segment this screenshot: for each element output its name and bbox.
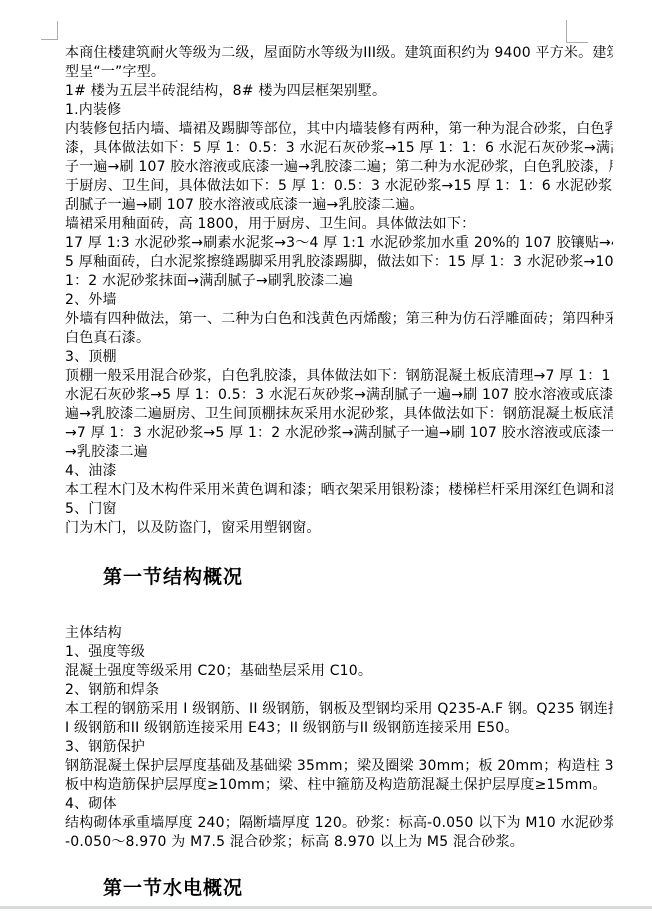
text-line: 结构砌体承重墙厚度 240；隔断墙厚度 120。砂浆：标高-0.050 以下为 … [65, 814, 613, 833]
text-line: 4、油漆 [65, 462, 613, 481]
text-line: 2、外墙 [65, 291, 613, 310]
text-line: 1：2 水泥砂浆抹面→满刮腻子→刷乳胶漆二遍 [65, 272, 613, 291]
text-line: 于厨房、卫生间，具体做法如下：5 厚 1：0.5：3 水泥砂浆→15 厚 1：1… [65, 177, 613, 196]
text-line: 子一遍→刷 107 胶水溶液或底漆一遍→乳胶漆二遍；第二种为水泥砂浆，白色乳胶漆… [65, 158, 613, 177]
page-bottom-edge [0, 906, 652, 909]
text-line: 17 厚 1:3 水泥砂浆→刷素水泥浆→3～4 厚 1:1 水泥砂浆加水重 20… [65, 234, 613, 253]
text-line: 型呈“一”字型。 [65, 63, 613, 82]
text-line: 4、砌体 [65, 795, 613, 814]
text-line: →乳胶漆二遍 [65, 443, 613, 462]
text-line: 1、强度等级 [65, 643, 613, 662]
text-line: 本工程木门及木构件采用米黄色调和漆；晒衣架采用银粉漆；楼梯栏杆采用深红色调和漆。 [65, 481, 613, 500]
text-line: 外墙有四种做法，第一、二种为白色和浅黄色丙烯酸；第三种为仿石浮雕面砖；第四种采用 [65, 310, 613, 329]
text-line: 主体结构 [65, 624, 613, 643]
text-line: 1.内装修 [65, 101, 613, 120]
text-line: 钢筋混凝土保护层厚度基础及基础梁 35mm；梁及圈梁 30mm；板 20mm；构… [65, 757, 613, 776]
text-line: 漆，具体做法如下：5 厚 1：0.5：3 水泥石灰砂浆→15 厚 1：1：6 水… [65, 139, 613, 158]
text-line: 内装修包括内墙、墙裙及踢脚等部位，其中内墙装修有两种，第一种为混合砂浆，白色乳胶 [65, 120, 613, 139]
text-line: I 级钢筋和II 级钢筋连接采用 E43；II 级钢筋与II 级钢筋连接采用 E… [65, 719, 613, 738]
text-line: 2、钢筋和焊条 [65, 681, 613, 700]
text-line: 混凝土强度等级采用 C20；基础垫层采用 C10。 [65, 662, 613, 681]
margin-crop-mark-top-right [566, 20, 588, 43]
margin-crop-mark-top-left [41, 21, 58, 40]
section-heading-structure: 第一节结构概况 [65, 566, 243, 589]
text-line: 5 厚釉面砖，白水泥浆擦缝踢脚采用乳胶漆踢脚，做法如下：15 厚 1：3 水泥砂… [65, 253, 613, 272]
text-line: 本工程的钢筋采用 I 级钢筋、II 级钢筋，钢板及型钢均采用 Q235-A.F … [65, 700, 613, 719]
structure-text-block: 主体结构 1、强度等级 混凝土强度等级采用 C20；基础垫层采用 C10。 2、… [65, 624, 613, 852]
intro-text-block: 本商住楼建筑耐火等级为二级，屋面防水等级为III级。建筑面积约为 9400 平方… [65, 44, 613, 538]
text-line: 顶棚一般采用混合砂浆，白色乳胶漆，具体做法如下：钢筋混凝土板底清理→7 厚 1：… [65, 367, 613, 386]
text-line: 3、顶棚 [65, 348, 613, 367]
text-line: 板中构造筋保护层厚度≥10mm；梁、柱中箍筋及构造筋混凝土保护层厚度≥15mm。 [65, 776, 613, 795]
text-line: -0.050～8.970 为 M7.5 混合砂浆；标高 8.970 以上为 M5… [65, 833, 613, 852]
text-line: 5、门窗 [65, 500, 613, 519]
text-line: 水泥石灰砂浆→5 厚 1：0.5：3 水泥石灰砂浆→满刮腻子一遍→刷 107 胶… [65, 386, 613, 405]
text-line: 刮腻子一遍→刷 107 胶水溶液或底漆一遍→乳胶漆二遍。 [65, 196, 613, 215]
text-line: 1# 楼为五层半砖混结构，8# 楼为四层框架别墅。 [65, 82, 613, 101]
text-line: 墙裙采用釉面砖，高 1800，用于厨房、卫生间。具体做法如下： [65, 215, 613, 234]
text-line: 本商住楼建筑耐火等级为二级，屋面防水等级为III级。建筑面积约为 9400 平方… [65, 44, 613, 63]
section-heading-utilities: 第一节水电概况 [65, 877, 243, 900]
text-line: →7 厚 1：3 水泥砂浆→5 厚 1：2 水泥砂浆→满刮腻子一遍→刷 107 … [65, 424, 613, 443]
text-line: 3、钢筋保护 [65, 738, 613, 757]
text-line: 遍→乳胶漆二遍厨房、卫生间顶棚抹灰采用水泥砂浆，具体做法如下：钢筋混凝土板底清理 [65, 405, 613, 424]
text-line: 门为木门，以及防盗门，窗采用塑钢窗。 [65, 519, 613, 538]
document-page: 本商住楼建筑耐火等级为二级，屋面防水等级为III级。建筑面积约为 9400 平方… [0, 0, 652, 911]
text-line: 白色真石漆。 [65, 329, 613, 348]
